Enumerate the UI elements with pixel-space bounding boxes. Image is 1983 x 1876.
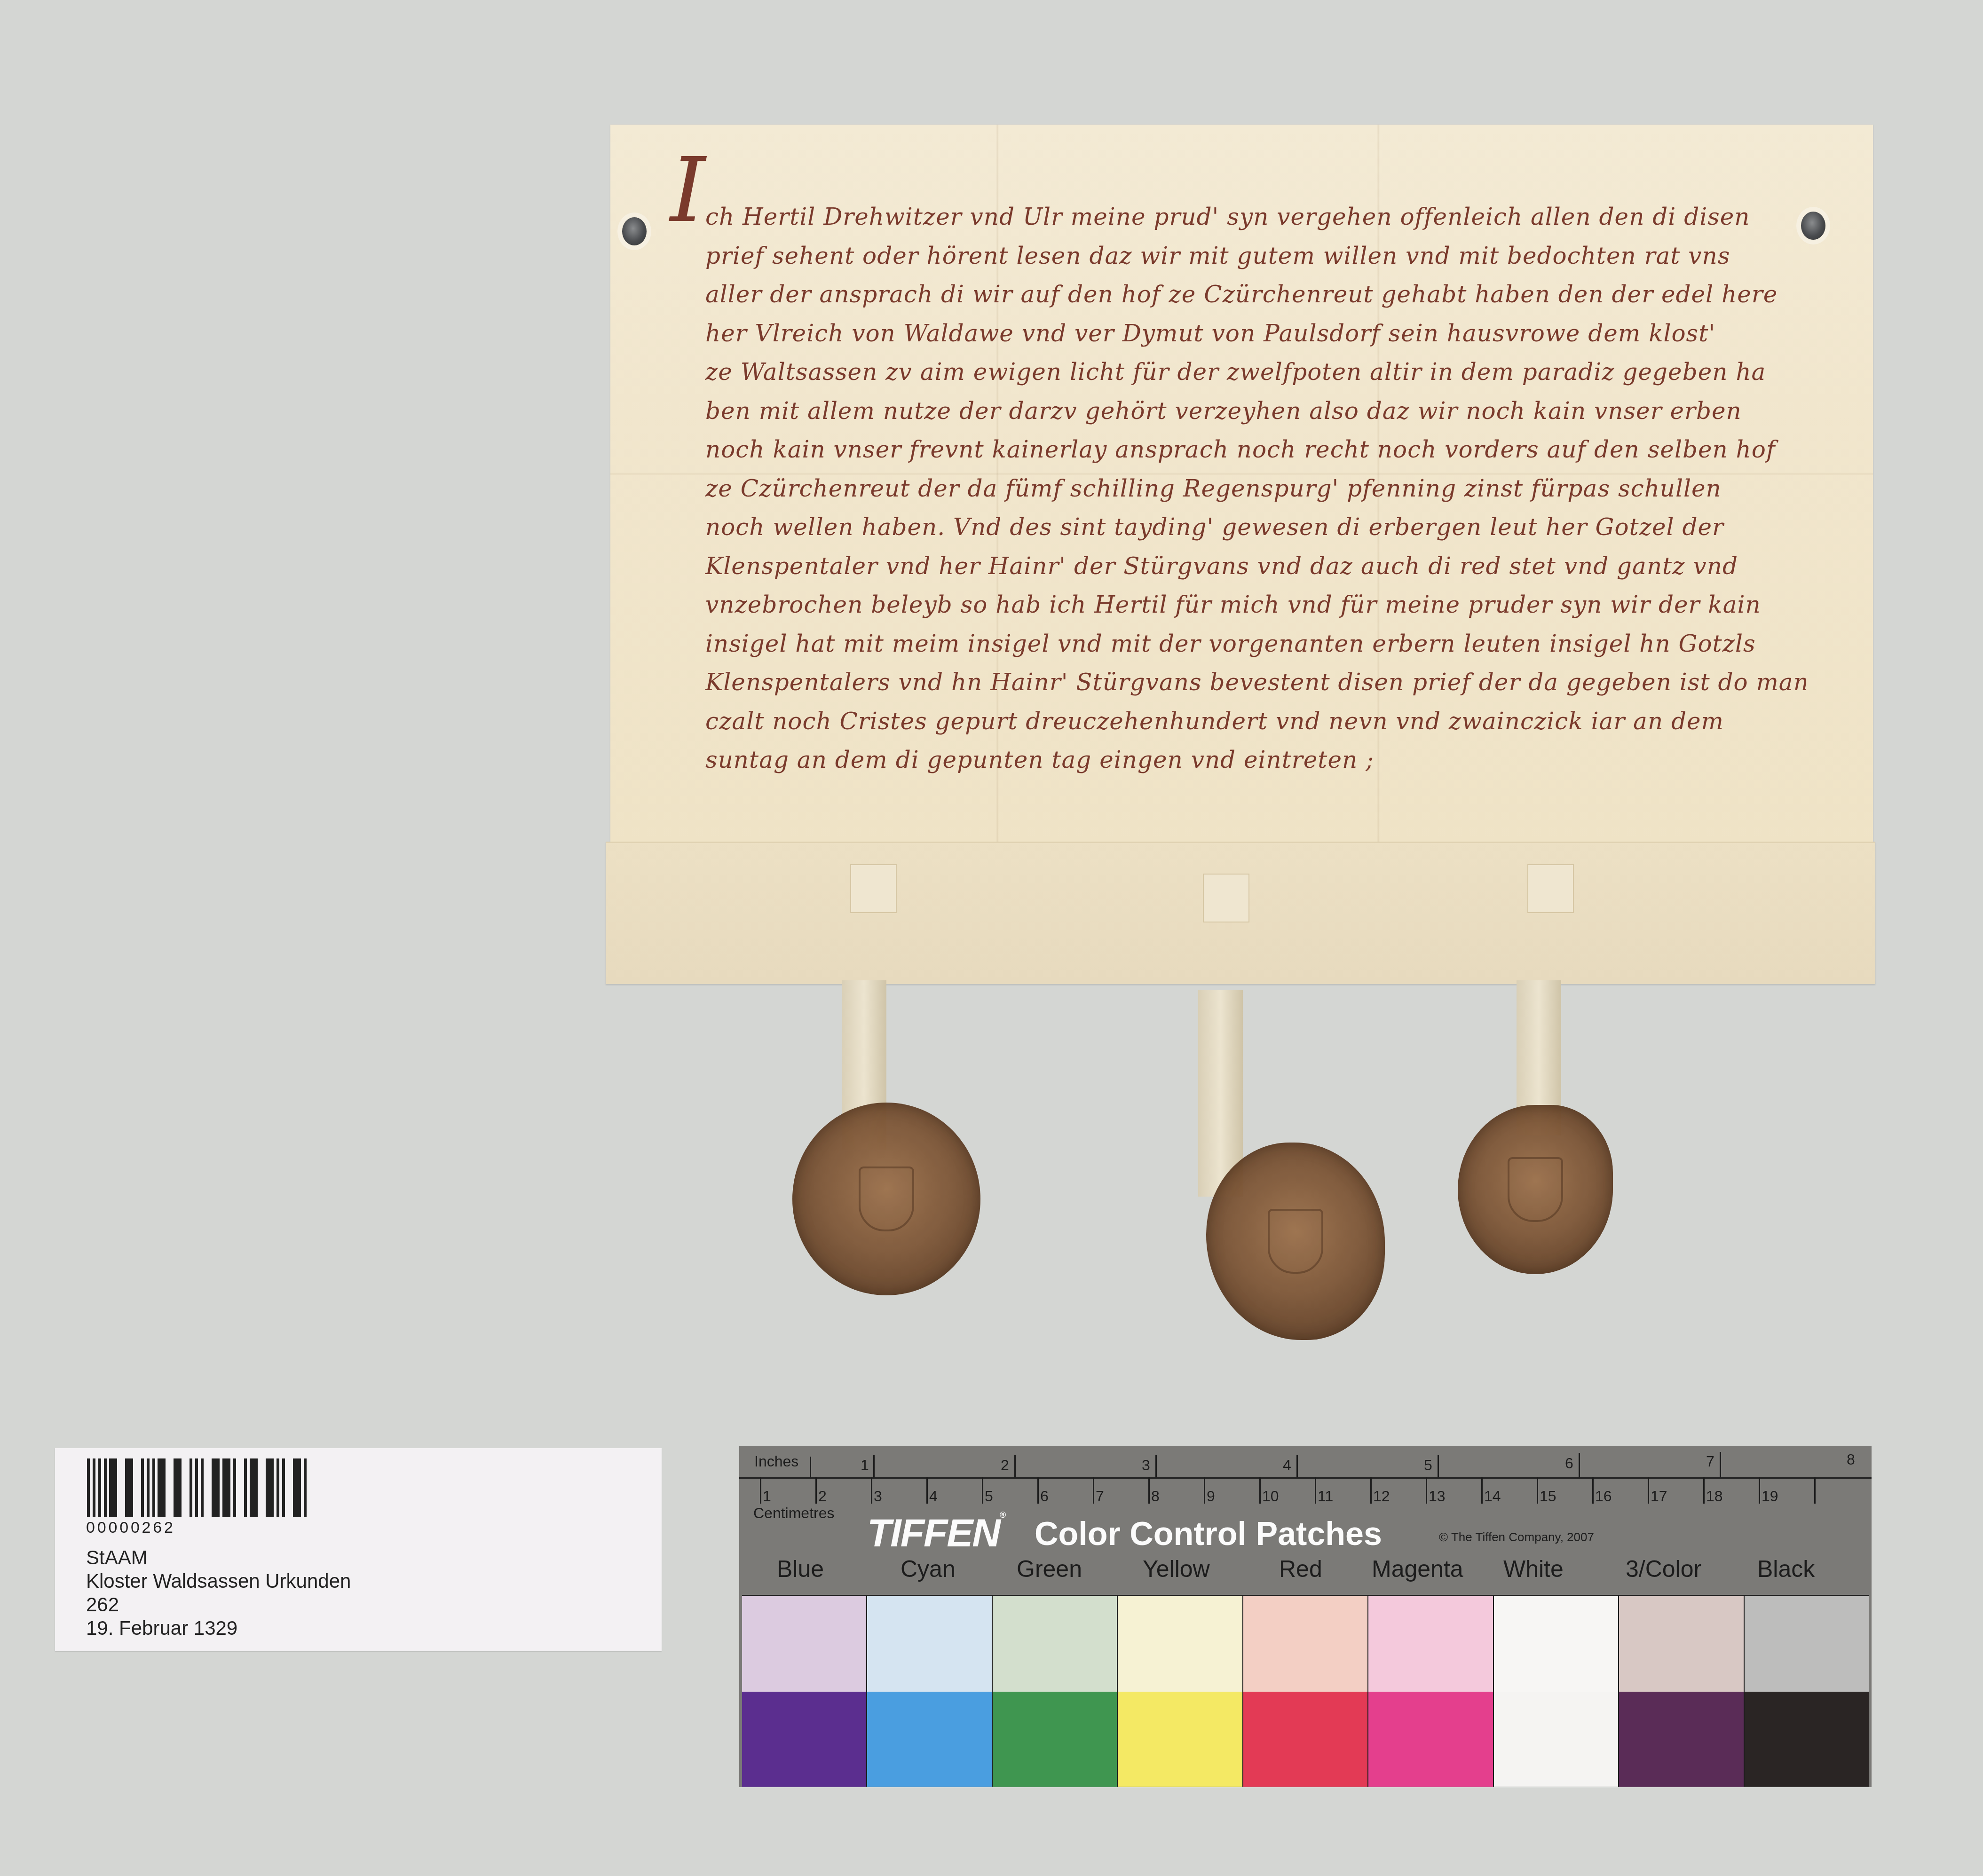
ruler-tick <box>1204 1477 1205 1504</box>
document-date: 19. Februar 1329 <box>86 1618 237 1638</box>
coat-of-arms-icon <box>1508 1157 1563 1222</box>
cm-number: 4 <box>929 1488 938 1505</box>
text-line: prief sehent oder hörent lesen daz wir m… <box>668 236 1806 276</box>
ruler-tick <box>1814 1477 1816 1504</box>
ruler-tick <box>1155 1455 1157 1477</box>
wax-seal-left <box>792 1103 980 1295</box>
inch-ruler: Inches <box>739 1446 1872 1479</box>
inch-number: 8 <box>1847 1451 1855 1468</box>
barcode-digit: 2 <box>142 1519 151 1537</box>
cm-number: 5 <box>985 1488 993 1505</box>
inch-number: 1 <box>861 1457 869 1474</box>
barcode-digit: 0 <box>108 1519 117 1537</box>
cm-number: 16 <box>1595 1488 1612 1505</box>
text-line: noch kain vnser frevnt kainerlay ansprac… <box>668 430 1806 469</box>
archive-name: StAAM <box>86 1548 148 1568</box>
cm-number: 1 <box>763 1488 771 1505</box>
cm-number: 12 <box>1373 1488 1390 1505</box>
ruler-tick <box>1720 1452 1721 1477</box>
text-line: ch Hertil Drehwitzer vnd Ulr meine prud'… <box>668 197 1806 236</box>
patch-label-3color: 3/Color <box>1626 1555 1701 1583</box>
patch-label-white: White <box>1503 1555 1564 1583</box>
ruler-tick <box>1537 1477 1538 1504</box>
wax-seal-right <box>1458 1105 1613 1274</box>
cm-number: 17 <box>1651 1488 1667 1505</box>
barcode-digits: 0 0 0 0 0 2 6 2 <box>86 1519 173 1537</box>
inch-number: 7 <box>1706 1453 1714 1470</box>
archive-label: 0 0 0 0 0 2 6 2 StAAM Kloster Waldsassen… <box>55 1448 662 1651</box>
barcode-digit: 0 <box>119 1519 128 1537</box>
text-line: Klenspentaler vnd her Hainr' der Stürgva… <box>668 547 1806 586</box>
ruler-tick <box>1296 1455 1298 1477</box>
charter-plica <box>606 842 1875 984</box>
patch-column-white <box>1494 1596 1619 1787</box>
text-line: ze Czürchenreut der da fümf schilling Re… <box>668 469 1806 508</box>
mounting-pin-left <box>622 217 647 245</box>
ruler-tick <box>810 1457 811 1477</box>
ruler-tick <box>1438 1455 1439 1477</box>
patch-column-blue <box>742 1596 867 1787</box>
patch-label-black: Black <box>1757 1555 1815 1583</box>
inch-number: 3 <box>1142 1457 1150 1474</box>
ruler-tick <box>760 1477 761 1504</box>
barcode-digit: 0 <box>86 1519 95 1537</box>
patch-label-cyan: Cyan <box>901 1555 956 1583</box>
patch-column-magenta <box>1368 1596 1493 1787</box>
ruler-tick <box>1093 1477 1094 1504</box>
centimetres-label: Centimetres <box>753 1505 835 1522</box>
inch-number: 5 <box>1424 1457 1432 1474</box>
inch-number: 6 <box>1565 1455 1573 1472</box>
patch-label-green: Green <box>1017 1555 1082 1583</box>
barcode-digit: 6 <box>153 1519 162 1537</box>
coat-of-arms-icon <box>1268 1209 1323 1274</box>
text-line: ben mit allem nutze der darzv gehört ver… <box>668 392 1806 431</box>
ruler-tick <box>1579 1453 1580 1477</box>
cm-number: 11 <box>1318 1488 1333 1505</box>
text-line: insigel hat mit meim insigel vnd mit der… <box>668 624 1806 663</box>
ruler-tick <box>1759 1477 1760 1504</box>
patch-column-cyan <box>867 1596 992 1787</box>
cm-number: 8 <box>1151 1488 1160 1505</box>
cm-number: 15 <box>1540 1488 1556 1505</box>
cm-number: 6 <box>1040 1488 1049 1505</box>
ruler-tick <box>871 1477 872 1504</box>
wax-seal-center <box>1206 1143 1385 1340</box>
ruler-tick <box>1148 1477 1150 1504</box>
ruler-tick <box>815 1477 817 1504</box>
patch-labels: Blue Cyan Green Yellow Red Magenta White… <box>739 1555 1872 1592</box>
cm-number: 2 <box>818 1488 827 1505</box>
tiffen-logo: TIFFEN® <box>867 1510 1005 1556</box>
charter-text: ch Hertil Drehwitzer vnd Ulr meine prud'… <box>668 197 1806 780</box>
text-line: noch wellen haben. Vnd des sint tayding'… <box>668 508 1806 547</box>
inch-number: 2 <box>1001 1457 1009 1474</box>
document-number: 262 <box>86 1595 119 1615</box>
text-line: her Vlreich von Waldawe vnd ver Dymut vo… <box>668 314 1806 353</box>
cm-number: 19 <box>1762 1488 1778 1505</box>
patch-label-magenta: Magenta <box>1372 1555 1463 1583</box>
patch-label-yellow: Yellow <box>1143 1555 1210 1583</box>
ruler-tick <box>1481 1477 1483 1504</box>
patch-column-3color <box>1619 1596 1744 1787</box>
patch-column-black <box>1745 1596 1869 1787</box>
barcode-digit: 2 <box>164 1519 173 1537</box>
ruler-tick <box>1426 1477 1427 1504</box>
cm-number: 7 <box>1096 1488 1104 1505</box>
cm-number: 14 <box>1484 1488 1501 1505</box>
text-line: aller der ansprach di wir auf den hof ze… <box>668 275 1806 314</box>
cm-number: 9 <box>1207 1488 1215 1505</box>
card-title: Color Control Patches <box>1035 1515 1382 1553</box>
patch-column-green <box>993 1596 1118 1787</box>
cm-number: 18 <box>1706 1488 1723 1505</box>
ruler-tick <box>873 1455 875 1477</box>
collection-name: Kloster Waldsassen Urkunden <box>86 1571 351 1591</box>
text-line: Klenspentalers vnd hn Hainr' Stürgvans b… <box>668 663 1806 702</box>
text-line: ze Waltsassen zv aim ewigen licht für de… <box>668 353 1806 392</box>
tiffen-color-card: Inches 1 2 3 4 5 6 7 8 1 2 3 4 5 6 7 8 9… <box>739 1446 1872 1787</box>
brand-name: TIFFEN <box>867 1511 1000 1555</box>
registered-mark: ® <box>1000 1510 1005 1520</box>
text-line: vnzebrochen beleyb so hab ich Hertil für… <box>668 585 1806 624</box>
ruler-tick <box>1592 1477 1594 1504</box>
seal-slit <box>850 864 897 913</box>
ruler-tick <box>1259 1477 1261 1504</box>
barcode-digit: 0 <box>131 1519 140 1537</box>
barcode-digit: 0 <box>97 1519 106 1537</box>
copyright-notice: © The Tiffen Company, 2007 <box>1439 1530 1594 1545</box>
seal-slit <box>1203 874 1249 922</box>
text-line: suntag an dem di gepunten tag eingen vnd… <box>668 741 1806 780</box>
cm-number: 13 <box>1429 1488 1446 1505</box>
coat-of-arms-icon <box>859 1167 914 1231</box>
ruler-tick <box>1648 1477 1649 1504</box>
ruler-tick <box>1370 1477 1372 1504</box>
ruler-tick <box>926 1477 928 1504</box>
text-line: czalt noch Cristes gepurt dreuczehenhund… <box>668 702 1806 741</box>
patch-column-yellow <box>1118 1596 1243 1787</box>
patch-column-red <box>1243 1596 1368 1787</box>
color-patches <box>742 1595 1869 1787</box>
seal-slit <box>1527 864 1574 913</box>
cm-number: 10 <box>1262 1488 1279 1505</box>
patch-label-blue: Blue <box>777 1555 824 1583</box>
inch-number: 4 <box>1283 1457 1291 1474</box>
ruler-tick <box>1014 1455 1016 1477</box>
ruler-tick <box>1315 1477 1316 1504</box>
cm-number: 3 <box>874 1488 882 1505</box>
barcode <box>87 1458 307 1517</box>
patch-label-red: Red <box>1279 1555 1322 1583</box>
ruler-tick <box>1037 1477 1039 1504</box>
ruler-tick <box>982 1477 983 1504</box>
inches-label: Inches <box>754 1453 798 1470</box>
ruler-tick <box>1703 1477 1705 1504</box>
